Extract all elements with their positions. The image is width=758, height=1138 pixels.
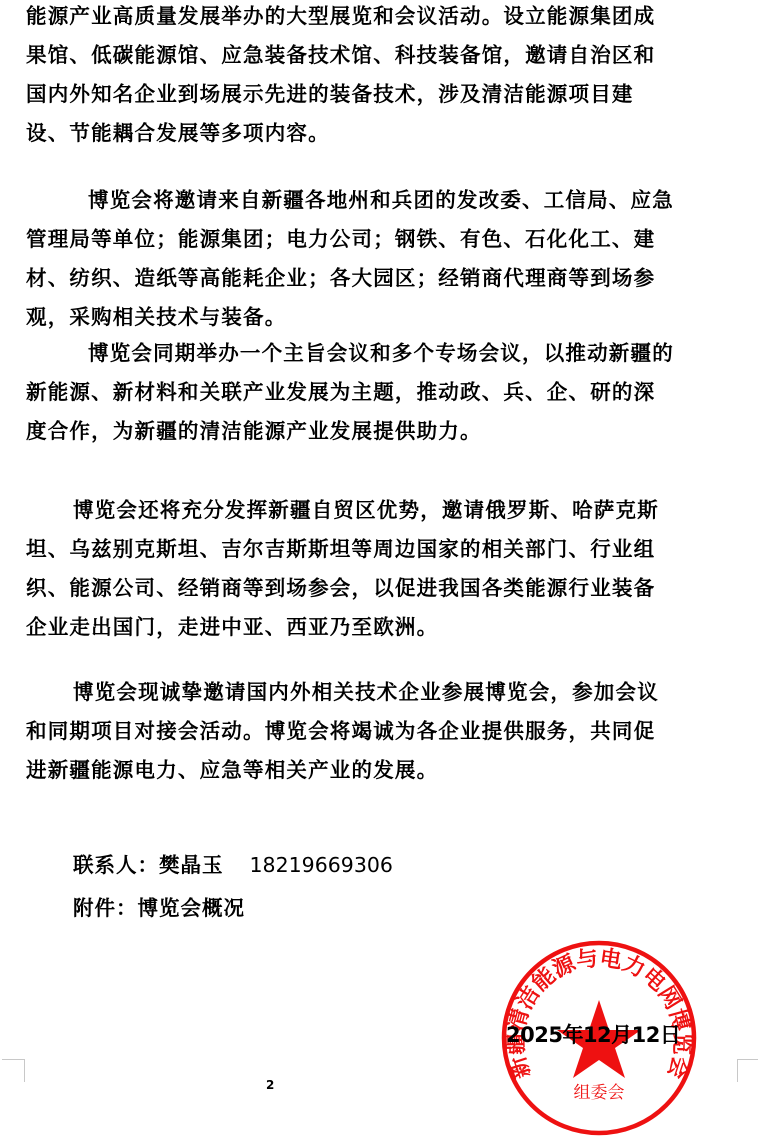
text-line: 国内外知名企业到场展示先进的装备技术，涉及清洁能源项目建 [26, 75, 738, 114]
contact-phone: 18219669306 [250, 853, 393, 877]
text-line: 设、节能耦合发展等多项内容。 [26, 114, 738, 153]
text-line: 管理局等单位；能源集团；电力公司；钢铁、有色、石化化工、建 [26, 220, 738, 259]
text-line: 观，采购相关技术与装备。 [26, 298, 738, 337]
page-corner-mark-right [737, 1059, 758, 1082]
text-line: 新能源、新材料和关联产业发展为主题，推动政、兵、企、研的深 [26, 373, 738, 412]
text-line: 能源产业高质量发展举办的大型展览和会议活动。设立能源集团成 [26, 0, 738, 36]
text-line: 博览会现诚挚邀请国内外相关技术企业参展博览会，参加会议 [26, 673, 738, 712]
paragraph-5: 博览会现诚挚邀请国内外相关技术企业参展博览会，参加会议 和同期项目对接会活动。博… [26, 673, 738, 790]
document-date: 2025年12月12日 [506, 1019, 680, 1049]
text-line: 度合作，为新疆的清洁能源产业发展提供助力。 [26, 412, 738, 451]
paragraph-3: 博览会同期举办一个主旨会议和多个专场会议，以推动新疆的 新能源、新材料和关联产业… [26, 334, 738, 451]
text-line: 织、能源公司、经销商等到场参会，以促进我国各类能源行业装备 [26, 569, 738, 608]
text-line: 博览会将邀请来自新疆各地州和兵团的发改委、工信局、应急 [26, 181, 738, 220]
contact-name: 联系人：樊晶玉 [73, 853, 224, 877]
attachment-line: 附件：博览会概况 [73, 893, 245, 923]
paragraph-4: 博览会还将充分发挥新疆自贸区优势，邀请俄罗斯、哈萨克斯 坦、乌兹别克斯坦、吉尔吉… [26, 491, 738, 647]
paragraph-2: 博览会将邀请来自新疆各地州和兵团的发改委、工信局、应急 管理局等单位；能源集团；… [26, 181, 738, 337]
text-line: 坦、乌兹别克斯坦、吉尔吉斯斯坦等周边国家的相关部门、行业组 [26, 530, 738, 569]
text-line: 博览会同期举办一个主旨会议和多个专场会议，以推动新疆的 [26, 334, 738, 373]
text-line: 材、纺织、造纸等高能耗企业；各大园区；经销商代理商等到场参 [26, 259, 738, 298]
paragraph-1: 能源产业高质量发展举办的大型展览和会议活动。设立能源集团成 果馆、低碳能源馆、应… [26, 0, 738, 153]
text-line: 果馆、低碳能源馆、应急装备技术馆、科技装备馆，邀请自治区和 [26, 36, 738, 75]
text-line: 博览会还将充分发挥新疆自贸区优势，邀请俄罗斯、哈萨克斯 [26, 491, 738, 530]
stamp-bottom-text: 组委会 [574, 1083, 625, 1103]
page-number: 2 [266, 1078, 274, 1092]
text-line: 进新疆能源电力、应急等相关产业的发展。 [26, 751, 738, 790]
page-corner-mark-left [2, 1059, 25, 1082]
document-page: 能源产业高质量发展举办的大型展览和会议活动。设立能源集团成 果馆、低碳能源馆、应… [0, 0, 758, 1138]
text-line: 和同期项目对接会活动。博览会将竭诚为各企业提供服务，共同促 [26, 712, 738, 751]
text-line: 企业走出国门，走进中亚、西亚乃至欧洲。 [26, 608, 738, 647]
contact-line: 联系人：樊晶玉18219669306 [73, 850, 393, 880]
